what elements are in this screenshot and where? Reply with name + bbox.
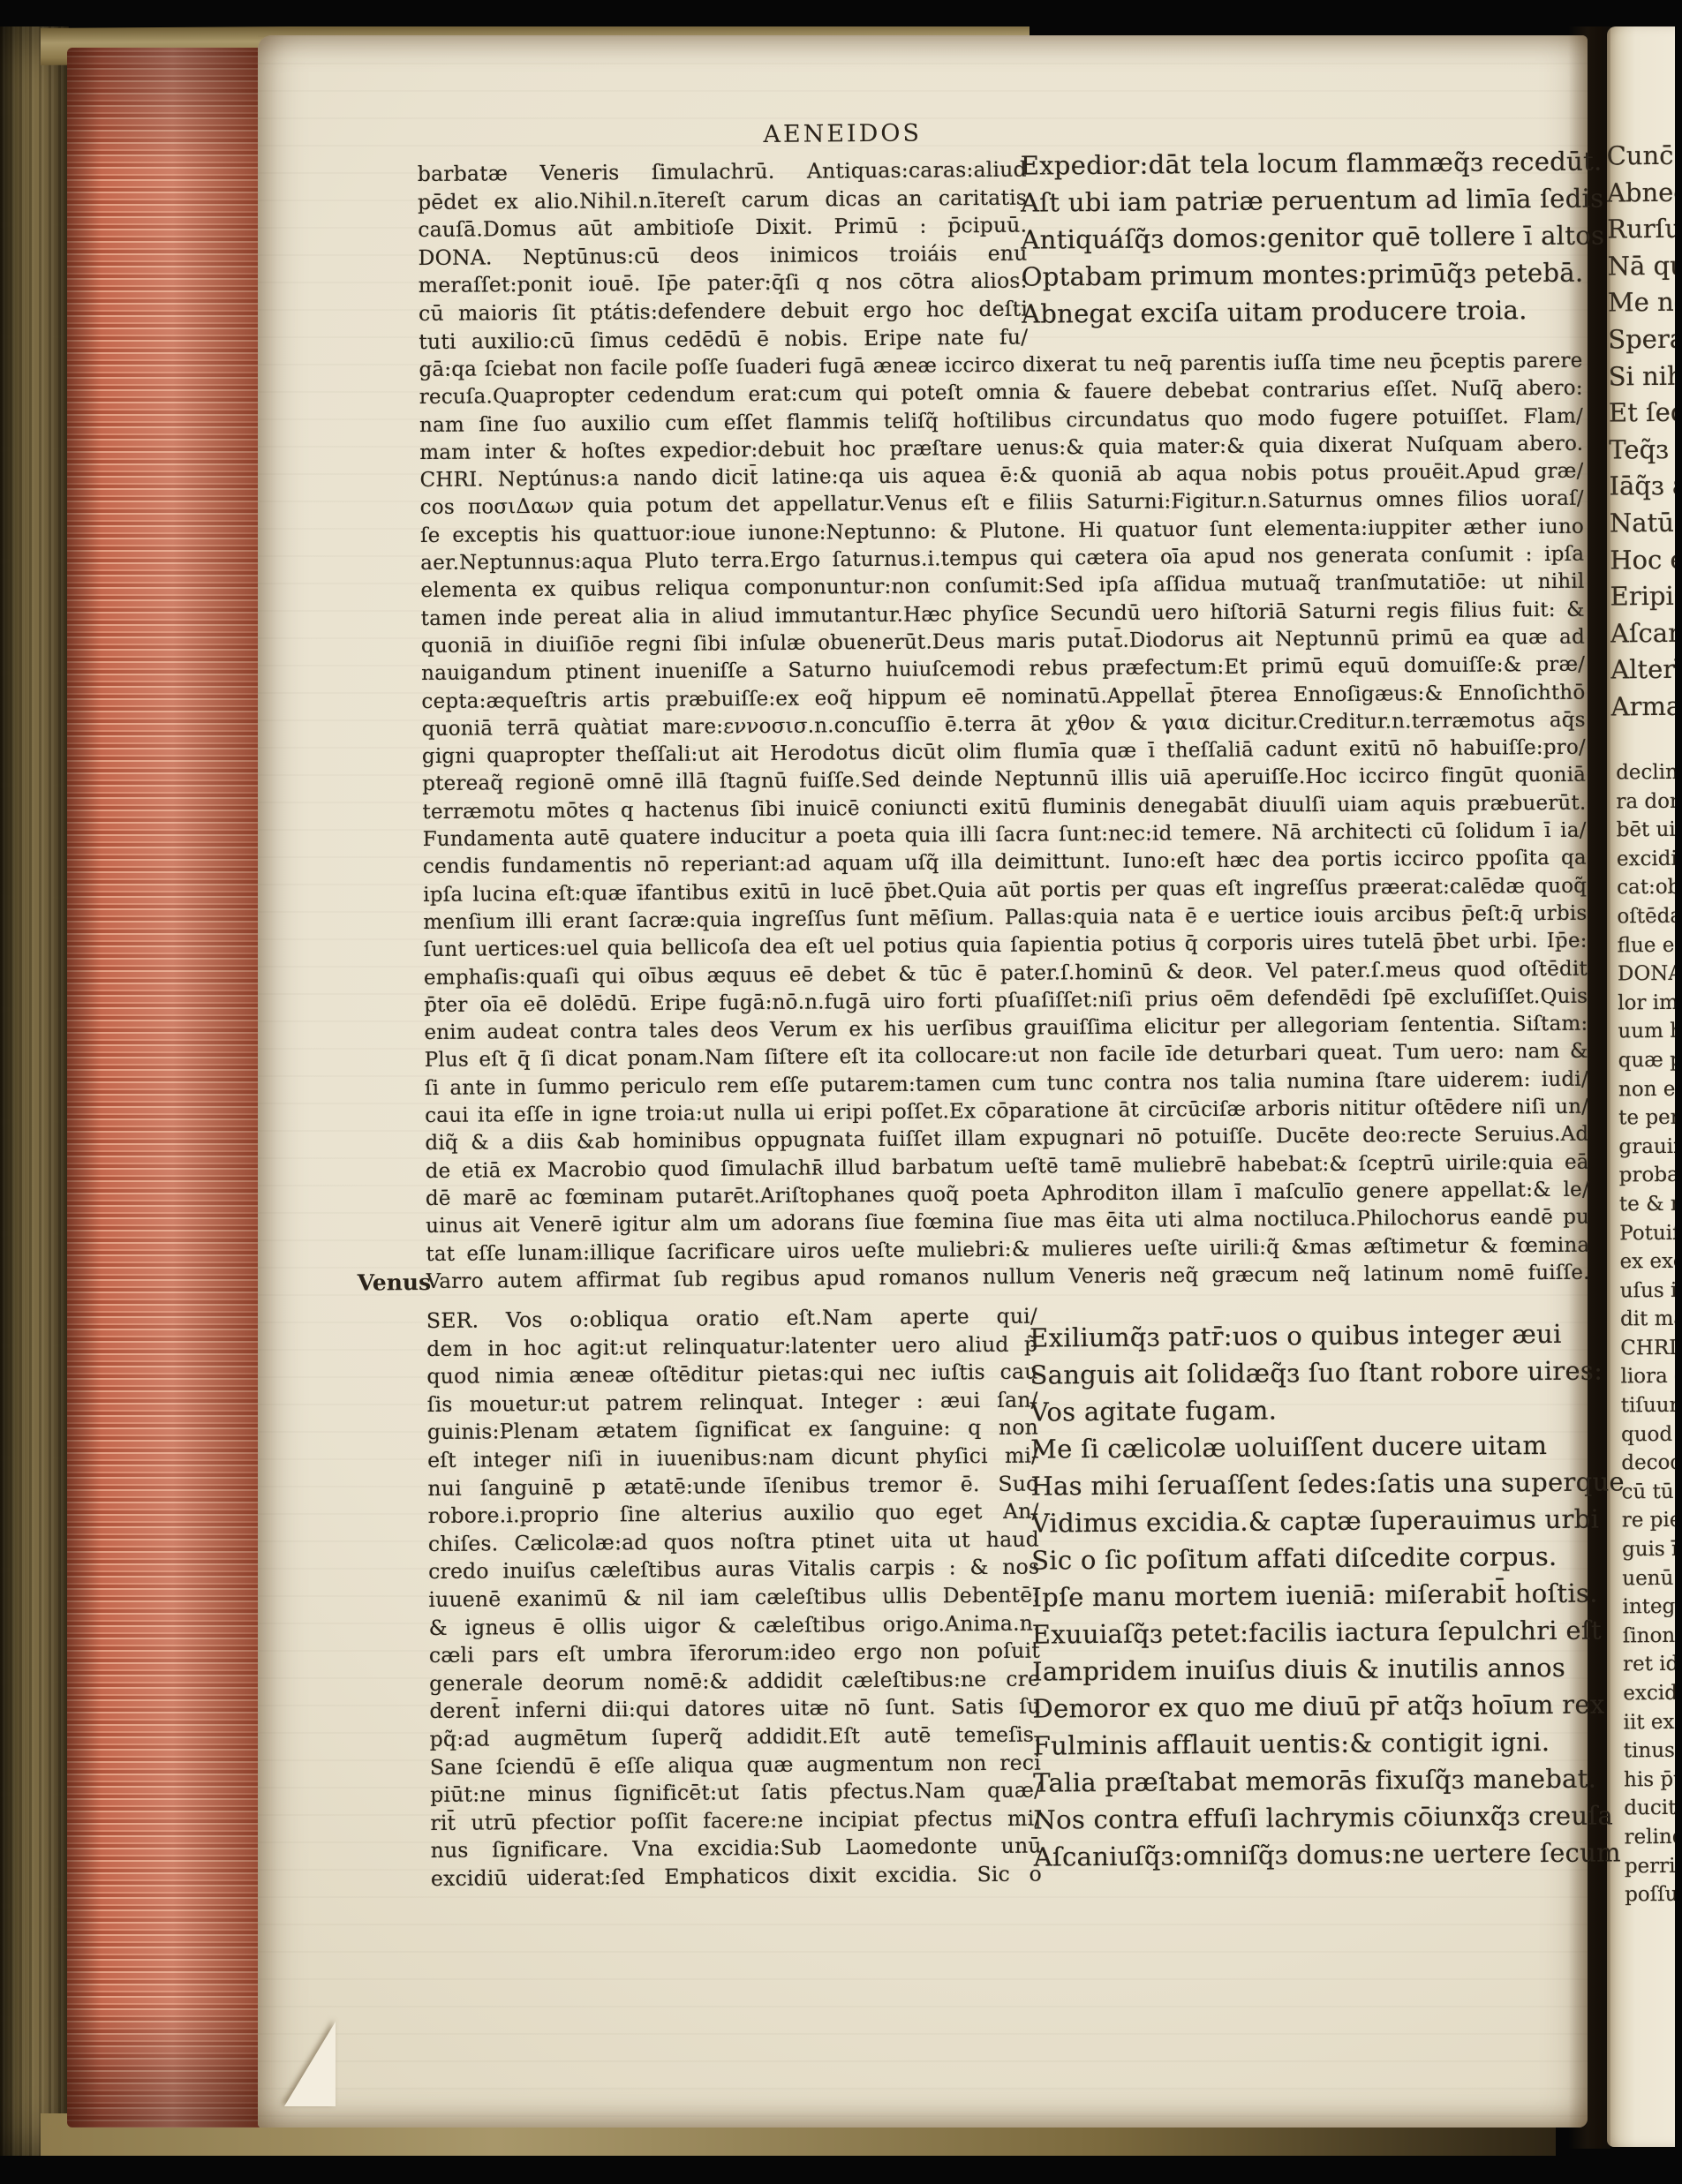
text-line: quod ſu — [1621, 1420, 1682, 1449]
text-line: cat:obt — [1617, 873, 1682, 902]
text-line: pq̃:ad augmētum ſuperq̃ addidit.Eſt autē… — [430, 1721, 1041, 1753]
text-line: Rurſu — [1607, 211, 1678, 248]
text-line: Si nih — [1608, 358, 1678, 395]
text-line: uenū co — [1622, 1563, 1682, 1593]
text-line: cæli pars eſt umbra īferorum:ideo ergo n… — [429, 1638, 1040, 1670]
text-line: declinā — [1616, 758, 1682, 787]
text-line: Aſcan — [1610, 615, 1681, 652]
lower-left-commentary-block: SER. Vos o:obliqua oratio eſt.Nam aperte… — [426, 1303, 1042, 1894]
text-line: Spera — [1608, 321, 1678, 358]
margin-note: Venus — [358, 1269, 432, 1296]
text-line: Aſcaniuſq̃ɜ:omniſq̃ɜ domus:ne uertere ſe… — [1034, 1834, 1603, 1876]
text-line: poſſum — [1625, 1880, 1682, 1909]
text-line: relinque — [1625, 1823, 1682, 1852]
text-line: iit ex — [1623, 1707, 1682, 1736]
text-line: Alterī — [1610, 651, 1681, 689]
text-line: tuti auxilio:cū ſimus cedēdū ē nobis. Er… — [419, 323, 1028, 356]
text-line: excidia:ſ — [1623, 1679, 1682, 1708]
text-line: te pende — [1618, 1103, 1682, 1133]
text-line: tinus.V — [1624, 1736, 1682, 1766]
text-line: Potuiſt — [1619, 1218, 1682, 1247]
text-line: Arma — [1610, 689, 1681, 726]
top-left-commentary-block: barbatæ Veneris ſimulachrū. Antiquas:car… — [418, 156, 1029, 357]
lower-right-verse-block: Exiliumq̃ɜ patr̄:uos o quibus integer æu… — [1030, 1315, 1603, 1876]
photo-border-bottom — [0, 2156, 1682, 2184]
text-line: iuuenē exanimū & nil iam cæleſtibus ulli… — [428, 1581, 1039, 1614]
text-line: cauſā.Domus aūt ambitioſe Dixit. Primū :… — [418, 212, 1027, 245]
text-line: Me ne — [1608, 284, 1678, 321]
text-line: ex exem — [1619, 1247, 1682, 1277]
book-photo: AENEIDOS barbatæ Veneris ſimulachrū. Ant… — [0, 0, 1682, 2184]
text-line: quod nimia æneæ oſtēditur pietas:qui nec… — [426, 1359, 1037, 1391]
text-line: Antiquáſq̃ɜ domos:genitor quē tollere ī … — [1021, 217, 1590, 259]
text-line: Ipſe manu mortem iueniā: miſerabit̄ hoſt… — [1031, 1575, 1601, 1616]
text-line: probaſt — [1619, 1161, 1682, 1190]
text-line: lor imi — [1618, 989, 1682, 1018]
text-line: uſus in — [1620, 1276, 1682, 1305]
text-line: te & mo — [1619, 1190, 1682, 1219]
text-line: Exiliumq̃ɜ patr̄:uos o quibus integer æu… — [1030, 1315, 1599, 1357]
text-line: Hoc e — [1610, 541, 1680, 578]
text-line: nus ſignificare. Vna excidia:Sub Laomedo… — [431, 1833, 1042, 1865]
text-line: eſt integer niſi in iuuenibus:nam dicunt… — [427, 1442, 1038, 1475]
text-line: non era — [1618, 1074, 1682, 1103]
text-line: ſinon ui — [1623, 1622, 1682, 1651]
text-line: robore.i.proprio ſine alterius auxilio q… — [428, 1498, 1039, 1531]
text-line: CHRI — [1620, 1334, 1682, 1363]
text-line: liora de — [1620, 1362, 1682, 1391]
text-line: integer i — [1622, 1593, 1682, 1622]
text-line: Abnegat exciſa uitam producere troia. — [1022, 291, 1591, 333]
text-line: dit mat — [1620, 1305, 1682, 1334]
text-line: Abneg — [1607, 174, 1678, 211]
text-line: Nos contra effuſi lachrymis cōiunxq̃ɜ cr… — [1033, 1797, 1603, 1839]
text-line: Vos agitate fugam. — [1030, 1389, 1600, 1431]
text-line: Et ſed — [1609, 395, 1679, 432]
text-line: Nā qu — [1607, 248, 1678, 285]
text-line: piūt:ne minus ſignificēt:ut ſatis pfectu… — [430, 1777, 1041, 1810]
full-width-commentary-block: gā:qa ſciebat non facile poſſe ſuaderi f… — [419, 348, 1589, 1296]
text-line: grauiſſi — [1618, 1133, 1682, 1162]
text-line: Teq̃ɜ t — [1609, 432, 1679, 469]
text-line: ra dom — [1616, 787, 1682, 816]
text-line: Iāq̃ɜ ac — [1609, 468, 1679, 505]
text-line: re pieran — [1622, 1506, 1682, 1535]
text-line: Demoror ex quo me diuū pr̄ atq̃ɜ hoīum r… — [1032, 1686, 1602, 1728]
text-line: tiſuum — [1621, 1391, 1682, 1420]
text-line: Exuuiaſq̃ɜ petet:facilis iactura ſepulch… — [1032, 1612, 1602, 1653]
text-line: ret idign — [1623, 1650, 1682, 1679]
text-line: barbatæ Veneris ſimulachrū. Antiquas:car… — [418, 156, 1027, 189]
text-line: Iampridem inuiſus diuis & inutilis annos — [1032, 1649, 1602, 1691]
photo-border-top — [0, 0, 1682, 26]
text-line: perrima — [1625, 1851, 1682, 1880]
printed-text-layer: AENEIDOS barbatæ Veneris ſimulachrū. Ant… — [0, 0, 1682, 2184]
text-line: Fulminis afflauit uentis:& contigit igni… — [1033, 1723, 1603, 1765]
text-line: Optabam primum montes:primūq̃ɜ petebā. — [1022, 254, 1591, 296]
text-line: his p̄ter — [1624, 1766, 1682, 1795]
text-line: excidiū uiderat:ſed Emphaticos dixit exc… — [431, 1860, 1042, 1893]
text-line: quæ po — [1618, 1046, 1682, 1075]
text-line: oſtēdat — [1617, 902, 1682, 931]
text-line: Eripis — [1610, 578, 1680, 615]
text-line: Sic o ſic poſitum affati diſcedite corpu… — [1031, 1538, 1601, 1579]
text-line: Me ſi cælicolæ uoluiſſent ducere uitam — [1030, 1427, 1600, 1468]
text-line: ducit ut — [1624, 1794, 1682, 1823]
photo-border-right — [1675, 0, 1682, 2184]
text-line: decoctis — [1621, 1449, 1682, 1478]
text-line: derent̄ inferni dii:qui datores uitæ nō … — [429, 1693, 1040, 1726]
text-line: cū maioris ſit ptátis:defendere debuit e… — [419, 296, 1028, 328]
text-line: Vidimus excidia.& captæ ſuperauimus urbi — [1031, 1501, 1601, 1542]
text-line: Sanguis ait ſolidæq̃ɜ ſuo ſtant robore u… — [1030, 1352, 1599, 1394]
text-line: uum h — [1618, 1017, 1682, 1046]
next-page-commentary-fragments: declināra dombēt ui ſexcidit:cat:obtoſtē… — [1616, 758, 1682, 1909]
text-line: Cunc̄ — [1607, 138, 1678, 175]
text-line: DONA — [1618, 960, 1682, 989]
text-line: Expedior:dāt tela locum flammæq̃ɜ recedū… — [1021, 143, 1590, 185]
text-line: Talia præſtabat memorās fixuſq̃ɜ manebat… — [1033, 1760, 1603, 1802]
text-line: Natū — [1610, 505, 1680, 542]
text-line: cū tū ch — [1621, 1478, 1682, 1507]
next-page-verse-fragments: Cunc̄AbnegRurſuNā quMe neSperaSi nihEt ſ… — [1607, 138, 1682, 726]
text-line: bēt ui ſ — [1617, 816, 1682, 845]
text-line: SER. Vos o:obliqua oratio eſt.Nam aperte… — [426, 1303, 1037, 1336]
text-line: Has mihi ſeruaſſent ſedes:ſatis una supe… — [1030, 1464, 1600, 1505]
text-line: guis ī ill — [1622, 1535, 1682, 1564]
text-line: Aſt ubi iam patriæ peruentum ad limīa ſe… — [1021, 180, 1590, 222]
running-header: AENEIDOS — [763, 120, 922, 148]
top-right-verse-block: Expedior:dāt tela locum flammæq̃ɜ recedū… — [1021, 143, 1592, 333]
text-line: excidit: — [1617, 845, 1682, 874]
text-line: flue eni — [1618, 930, 1682, 960]
